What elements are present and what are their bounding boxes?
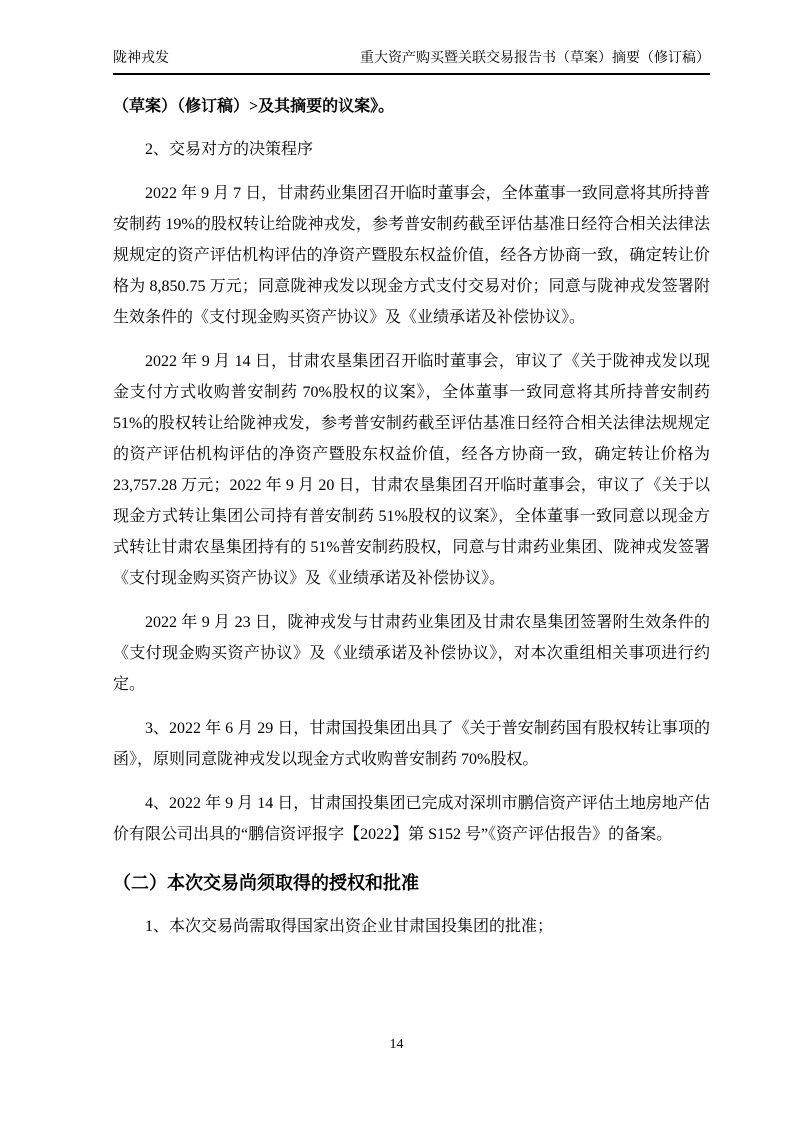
header-document-title: 重大资产购买暨关联交易报告书（草案）摘要（修订稿）: [360, 50, 710, 68]
lead-bold-paragraph: （草案）（修订稿）>及其摘要的议案》。: [113, 91, 710, 122]
page-header: 陇神戎发 重大资产购买暨关联交易报告书（草案）摘要（修订稿）: [113, 50, 710, 75]
body-paragraph: 2022 年 9 月 14 日，甘肃农垦集团召开临时董事会，审议了《关于陇神戎发…: [113, 346, 710, 594]
header-company-name: 陇神戎发: [113, 50, 169, 68]
body-paragraph: 3、2022 年 6 月 29 日，甘肃国投集团出具了《关于普安制药国有股权转让…: [113, 713, 710, 775]
section-heading: （二）本次交易尚须取得的授权和批准: [113, 868, 710, 899]
body-paragraph: 2022 年 9 月 23 日，陇神戎发与甘肃药业集团及甘肃农垦集团签署附生效条…: [113, 607, 710, 700]
document-body: （草案）（修订稿）>及其摘要的议案》。 2、交易对方的决策程序 2022 年 9…: [113, 91, 710, 942]
subsection-title: 2、交易对方的决策程序: [113, 134, 710, 165]
approval-item: 1、本次交易尚需取得国家出资企业甘肃国投集团的批准；: [113, 911, 710, 942]
document-page: 陇神戎发 重大资产购买暨关联交易报告书（草案）摘要（修订稿） （草案）（修订稿）…: [0, 0, 793, 1122]
page-footer: 14: [0, 1036, 793, 1054]
body-paragraph: 2022 年 9 月 7 日，甘肃药业集团召开临时董事会，全体董事一致同意将其所…: [113, 178, 710, 333]
page-number: 14: [390, 1037, 404, 1052]
body-paragraph: 4、2022 年 9 月 14 日，甘肃国投集团已完成对深圳市鹏信资产评估土地房…: [113, 788, 710, 850]
